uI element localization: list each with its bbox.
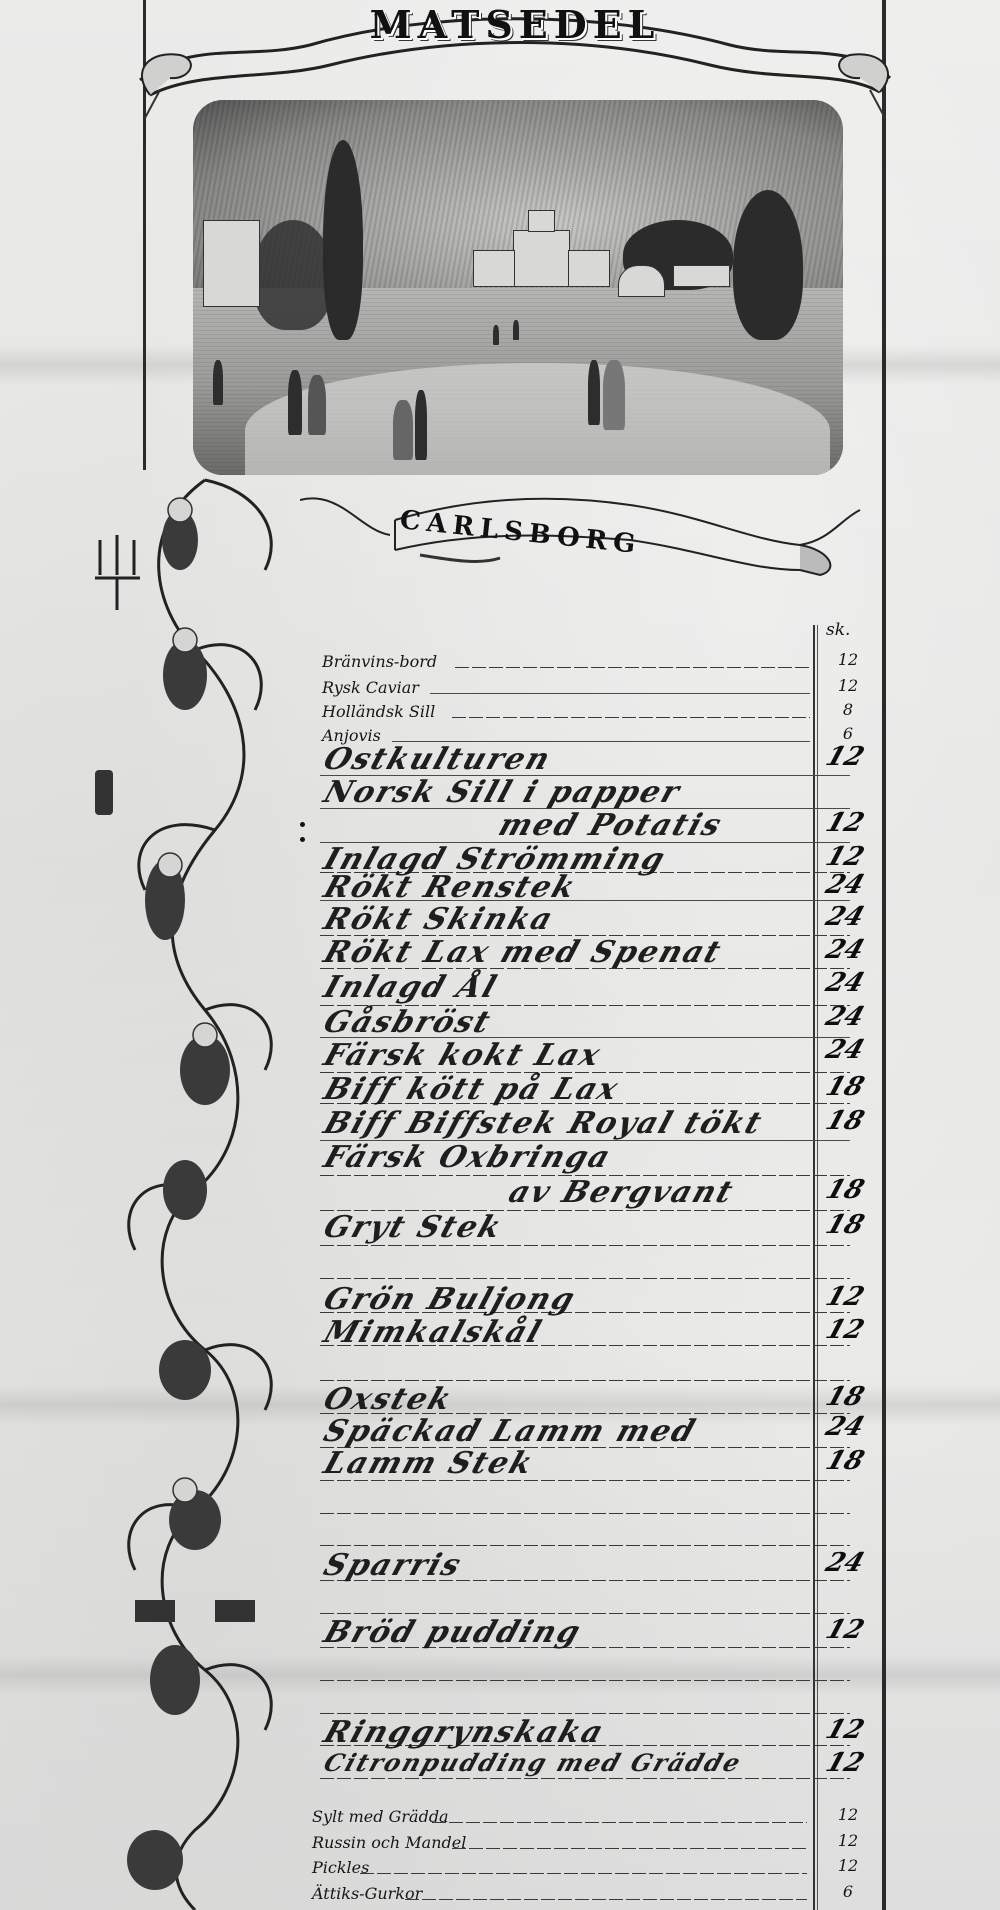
menu-item-name: Rökt Lax med Spenat	[319, 935, 726, 970]
menu-item-price: 24	[805, 968, 885, 998]
menu-item-name: Bröd pudding	[319, 1615, 586, 1650]
menu-item-name: Inlagd Ål	[319, 970, 502, 1005]
menu-item-name: Grön Buljong	[319, 1282, 580, 1317]
menu-item-price: 18	[805, 1382, 885, 1412]
menu-item-price: 12	[828, 1831, 868, 1850]
menu-item-name: Rysk Caviar	[322, 678, 419, 697]
menu-item-name: Späckad Lamm med	[319, 1414, 701, 1449]
menu-item-name: Bränvins-bord	[322, 652, 437, 671]
currency-label: sk.	[826, 620, 850, 640]
menu-item-price: 12	[805, 1748, 885, 1778]
menu-item-name: Oxstek	[319, 1382, 457, 1417]
pavilion	[203, 220, 260, 307]
person	[308, 375, 326, 435]
menu-item-price: 24	[805, 1002, 885, 1032]
menu-item-price: 6	[828, 724, 868, 743]
menu-item-name: Pickles	[312, 1858, 369, 1877]
menu-item-price: 12	[805, 1282, 885, 1312]
menu-item-name: Holländsk Sill	[322, 702, 435, 721]
villa	[513, 230, 570, 287]
cherub-ornament-icon	[95, 470, 305, 1910]
menu-item-name: Ättiks-Gurkor	[312, 1884, 422, 1903]
menu-item-name: Färsk Oxbringa	[319, 1140, 616, 1175]
person	[415, 390, 427, 460]
tree	[733, 190, 803, 340]
menu-item-name: Sylt med Grädda	[312, 1807, 449, 1826]
menu-item-price: 12	[828, 650, 868, 669]
menu-item-price: 12	[805, 842, 885, 872]
menu-item-name: Citronpudding med Grädde	[320, 1748, 746, 1777]
menu-item-name: Norsk Sill i papper	[319, 775, 685, 810]
person	[513, 320, 519, 340]
menu-item-price: 6	[828, 1882, 868, 1901]
menu-item-name: Biff kött på Lax	[319, 1072, 624, 1107]
menu-item-name: Ostkulturen	[319, 742, 556, 777]
menu-item-price: 24	[805, 1412, 885, 1442]
menu-item-price: 12	[805, 1315, 885, 1345]
menu-item-price: 24	[805, 870, 885, 900]
person	[393, 400, 413, 460]
menu-item-price: 12	[805, 808, 885, 838]
menu-item-price: 18	[805, 1175, 885, 1205]
person	[288, 370, 302, 435]
park-engraving	[193, 100, 843, 475]
menu-item-price: 12	[805, 1715, 885, 1745]
person	[588, 360, 600, 425]
tree	[323, 140, 363, 340]
building	[473, 250, 515, 287]
menu-item-price: 12	[828, 1856, 868, 1875]
menu-item-price: 18	[805, 1106, 885, 1136]
menu-item-name: Rökt Skinka	[319, 902, 558, 937]
menu-item-name: Färsk kokt Lax	[319, 1038, 606, 1073]
menu-item-price: 24	[805, 1035, 885, 1065]
menu-item-name: med Potatis	[494, 808, 727, 843]
menu-item-price: 24	[805, 935, 885, 965]
menu-page: MATSEDEL CARLSBORG	[0, 0, 1000, 1910]
tent	[618, 265, 665, 297]
menu-item-name: Rökt Renstek	[319, 870, 581, 905]
menu-title: MATSEDEL	[130, 2, 900, 47]
tree	[253, 220, 333, 330]
menu-item-price: 12	[805, 1615, 885, 1645]
person	[603, 360, 625, 430]
title-banner: MATSEDEL	[130, 0, 900, 110]
building	[673, 265, 730, 287]
menu-item-price: 24	[805, 1548, 885, 1578]
menu-item-price: 8	[828, 700, 868, 719]
menu-item-price: 18	[805, 1210, 885, 1240]
menu-item-name: Biff Biffstek Royal tökt	[319, 1106, 767, 1141]
menu-item-price: 12	[805, 742, 885, 772]
menu-item-name: Gåsbröst	[319, 1005, 496, 1040]
dots	[300, 822, 306, 852]
building	[568, 250, 610, 287]
menu-item-name: Ringgrynskaka	[319, 1715, 609, 1750]
menu-item-price: 18	[805, 1072, 885, 1102]
menu-item-price: 12	[828, 676, 868, 695]
menu-item-price: 24	[805, 902, 885, 932]
menu-item-name: Lamm Stek	[319, 1446, 538, 1481]
person	[493, 325, 499, 345]
menu-item-name: Russin och Mandel	[312, 1833, 466, 1852]
villa-tower	[528, 210, 555, 232]
menu-item-name: Sparris	[319, 1548, 466, 1583]
menu-item-price: 18	[805, 1446, 885, 1476]
menu-item-name: Mimkalskål	[319, 1315, 547, 1350]
menu-item-name: av Bergvant	[504, 1175, 738, 1210]
right-border-line	[882, 0, 886, 1910]
menu-item-name: Gryt Stek	[319, 1210, 507, 1245]
person	[213, 360, 223, 405]
menu-item-price: 12	[828, 1805, 868, 1824]
